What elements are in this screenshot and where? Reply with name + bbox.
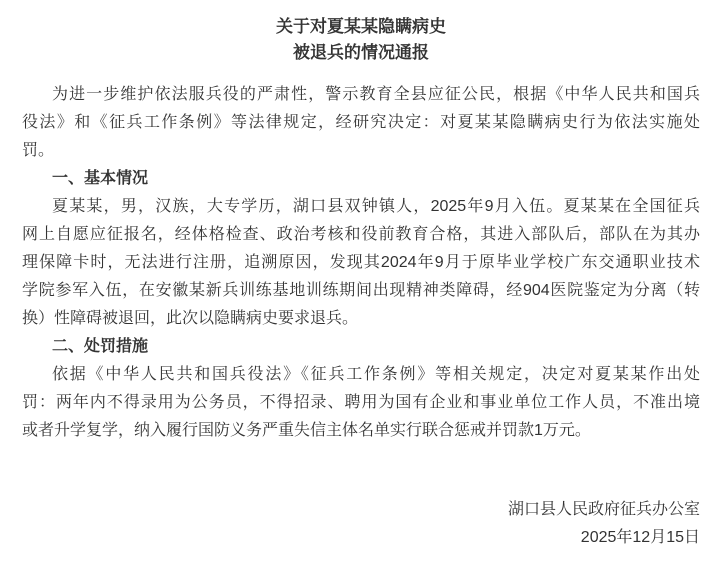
signature-date: 2025年12月15日	[22, 524, 700, 552]
intro-line-3: 罚。	[22, 137, 700, 165]
section-1-line-2: 网上自愿应征报名，经体格检查、政治考核和役前教育合格，其进入部队后，部队在为其办	[22, 221, 700, 249]
title-line-1: 关于对夏某某隐瞒病史	[22, 14, 700, 40]
section-1-line-3: 理保障卡时，无法进行注册，追溯原因，发现其2024年9月于原毕业学校广东交通职业…	[22, 249, 700, 277]
signature-org: 湖口县人民政府征兵办公室	[22, 496, 700, 524]
intro-line-1: 为进一步维护依法服兵役的严肃性，警示教育全县应征公民，根据《中华人民共和国兵	[22, 81, 700, 109]
section-2-line-1: 依据《中华人民共和国兵役法》《征兵工作条例》等相关规定，决定对夏某某作出处	[22, 361, 700, 389]
document-title: 关于对夏某某隐瞒病史 被退兵的情况通报	[22, 14, 700, 66]
section-1-heading: 一、基本情况	[22, 165, 700, 193]
document-body: 为进一步维护依法服兵役的严肃性，警示教育全县应征公民，根据《中华人民共和国兵 役…	[22, 81, 700, 445]
signature-block: 湖口县人民政府征兵办公室 2025年12月15日	[22, 496, 700, 552]
section-1-line-1: 夏某某，男，汉族，大专学历，湖口县双钟镇人，2025年9月入伍。夏某某在全国征兵	[22, 193, 700, 221]
section-1-line-4: 学院参军入伍，在安徽某新兵训练基地训练期间出现精神类障碍，经904医院鉴定为分离…	[22, 277, 700, 305]
notice-document: 关于对夏某某隐瞒病史 被退兵的情况通报 为进一步维护依法服兵役的严肃性，警示教育…	[0, 0, 725, 552]
section-2-line-3: 或者升学复学，纳入履行国防义务严重失信主体名单实行联合惩戒并罚款1万元。	[22, 417, 700, 445]
intro-line-2: 役法》和《征兵工作条例》等法律规定，经研究决定：对夏某某隐瞒病史行为依法实施处	[22, 109, 700, 137]
section-2-heading: 二、处罚措施	[22, 333, 700, 361]
title-line-2: 被退兵的情况通报	[22, 40, 700, 66]
section-2-line-2: 罚：两年内不得录用为公务员，不得招录、聘用为国有企业和事业单位工作人员，不准出境	[22, 389, 700, 417]
section-1-line-5: 换）性障碍被退回，此次以隐瞒病史要求退兵。	[22, 305, 700, 333]
